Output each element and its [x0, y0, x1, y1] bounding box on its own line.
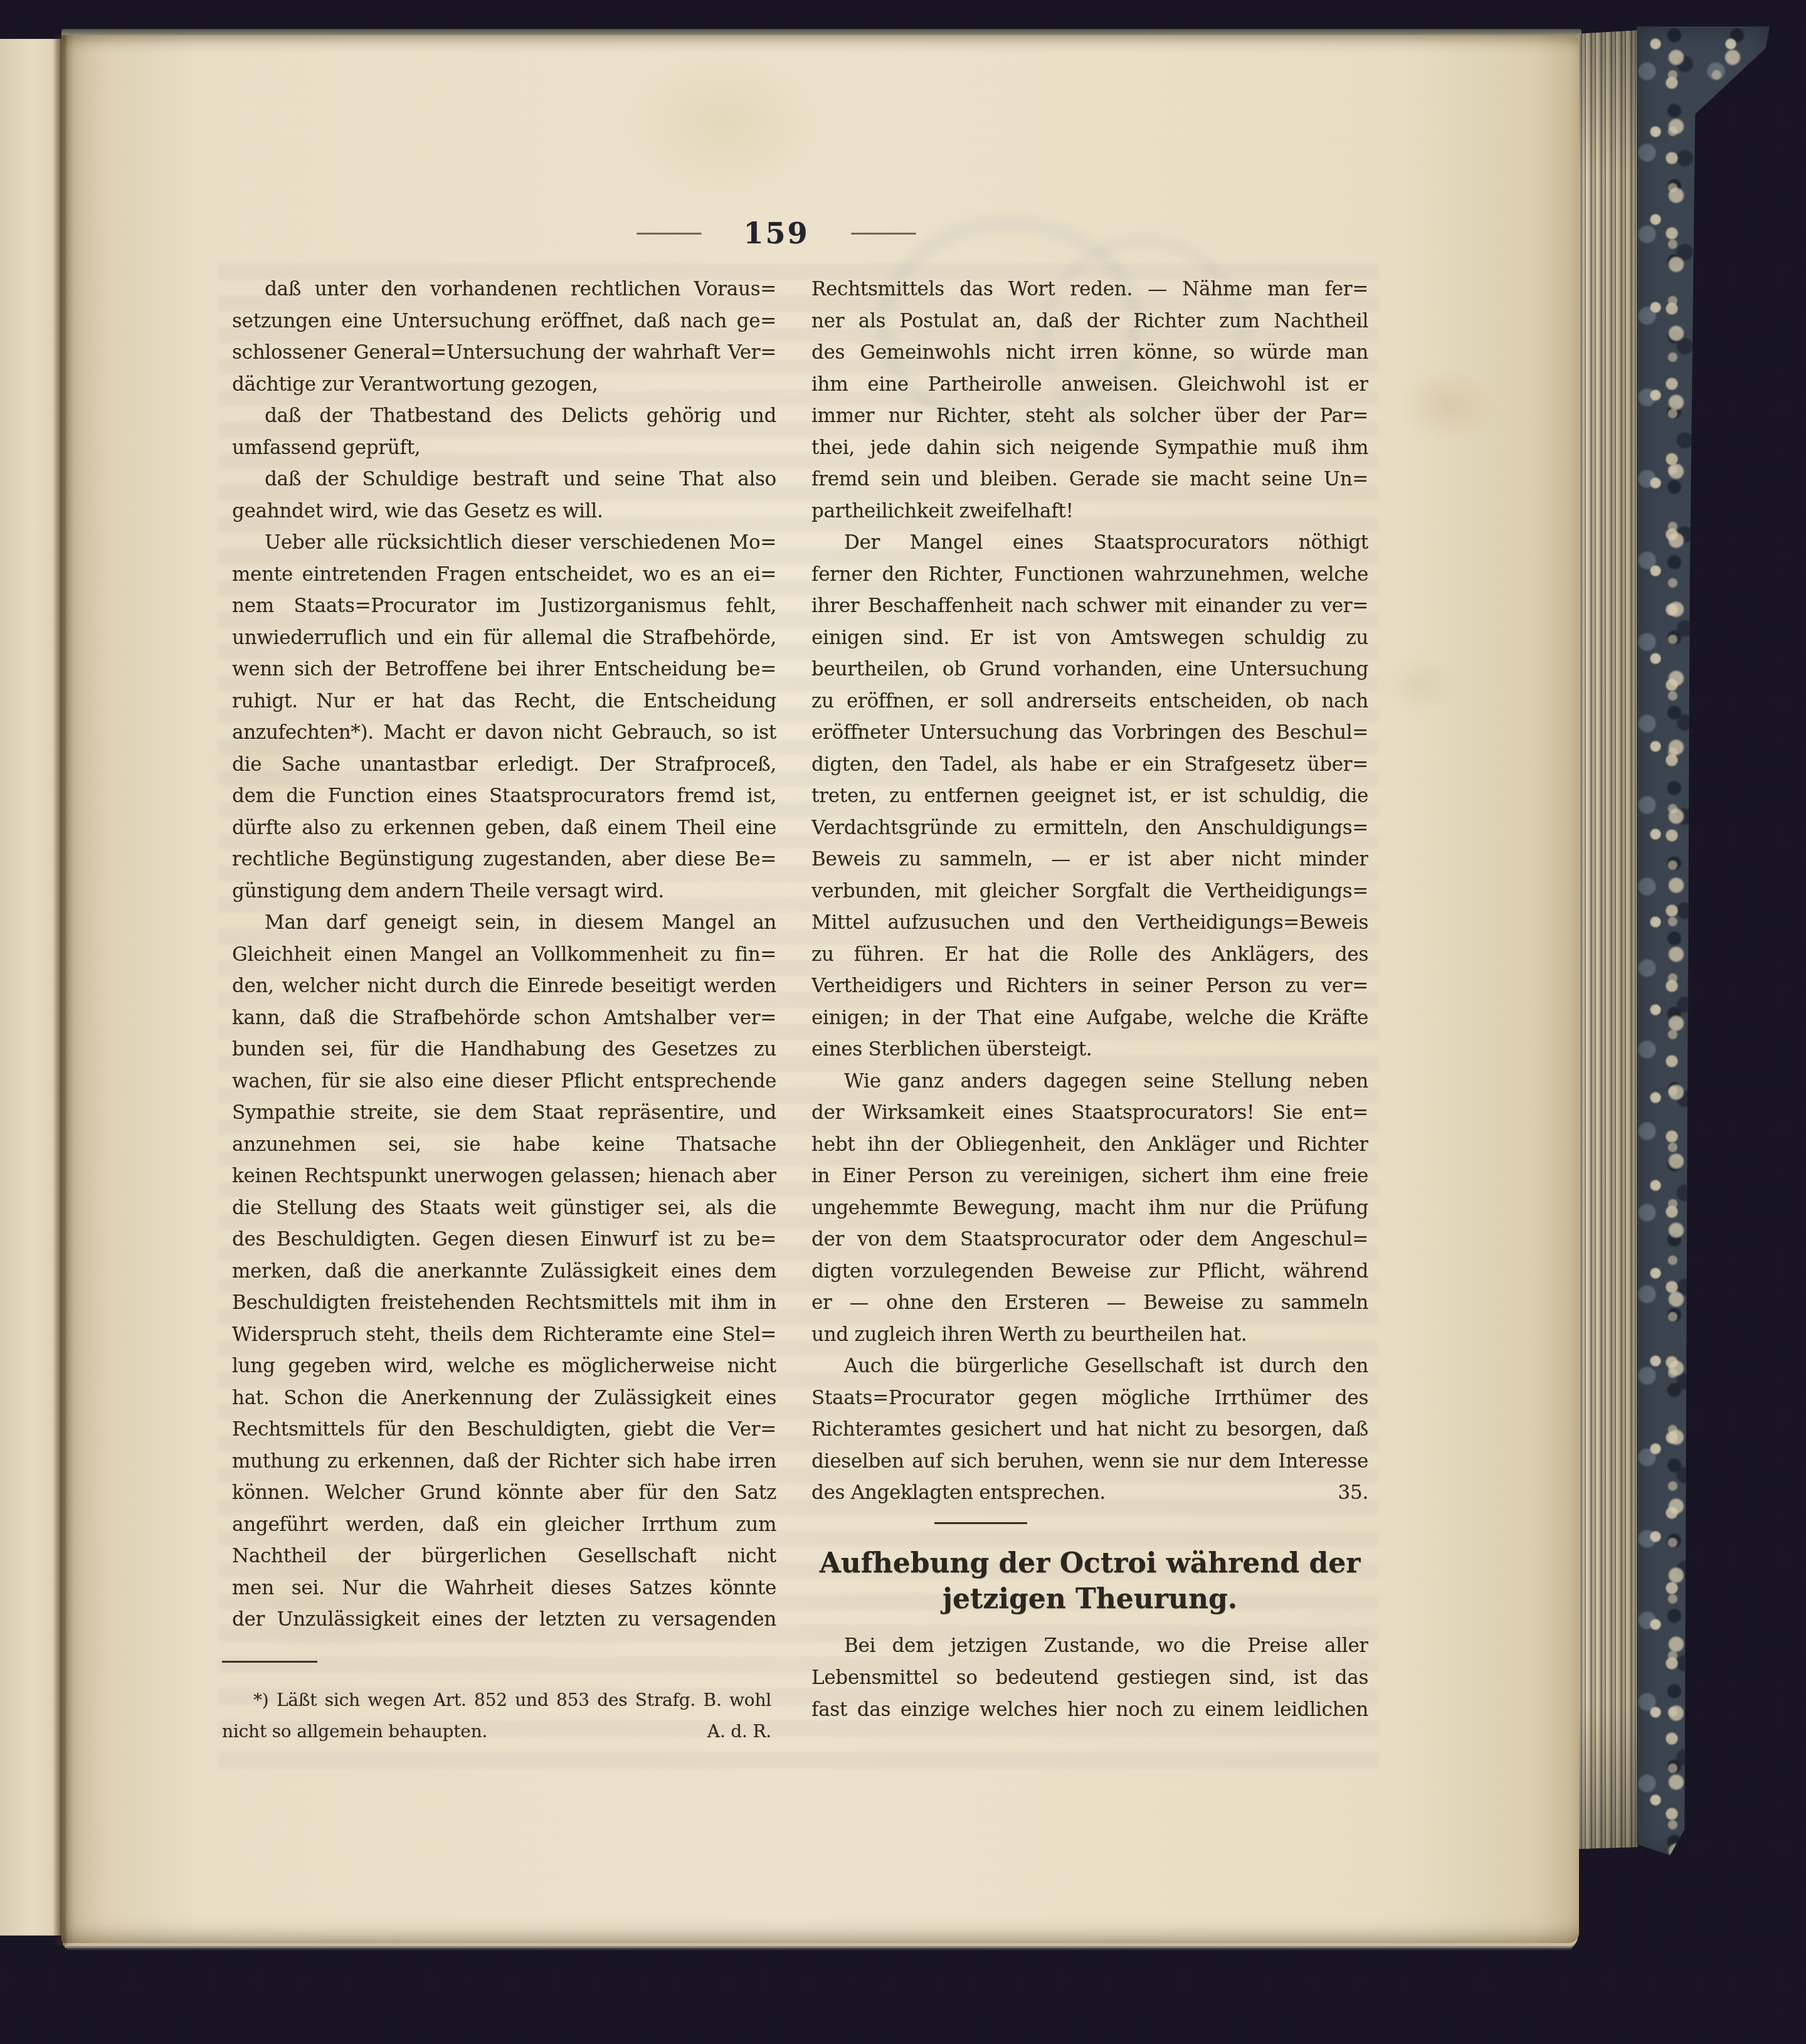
text-line: Bei dem jetzigen Zustande, wo die Preise…	[811, 1630, 1368, 1662]
article-title: Aufhebung der Octroi während der jetzige…	[811, 1545, 1368, 1617]
left-column: daß unter den vorhandenen rechtlichen Vo…	[232, 273, 776, 1636]
text-line: angeführt werden, daß ein gleicher Irrth…	[232, 1509, 776, 1541]
text-line: Der Mangel eines Staatsprocurators nöthi…	[811, 527, 1368, 559]
text-line: können. Welcher Grund könnte aber für de…	[232, 1477, 776, 1509]
text-line: Lebensmittel so bedeutend gestiegen sind…	[811, 1662, 1368, 1694]
text-line: die Stellung des Staats weit günstiger s…	[232, 1192, 776, 1224]
text-line: dürfte also zu erkennen geben, daß einem…	[232, 812, 776, 844]
text-line: umfassend geprüft,	[232, 432, 776, 464]
line-text: des Angeklagten entsprechen.	[811, 1477, 1106, 1509]
text-line: günstigung dem andern Theile versagt wir…	[232, 876, 776, 908]
scanned-book-page: 159 daß unter den vorhandenen rechtliche…	[0, 0, 1806, 2044]
page-header: 159	[582, 214, 971, 252]
text-line: fremd sein und bleiben. Gerade sie macht…	[811, 463, 1368, 495]
text-line: wachen, für sie also eine dieser Pflicht…	[232, 1066, 776, 1098]
text-line: ungehemmte Bewegung, macht ihm nur die P…	[811, 1192, 1368, 1224]
text-line: treten, zu entfernen geeignet ist, er is…	[811, 780, 1368, 812]
page-content: 159 daß unter den vorhandenen rechtliche…	[61, 35, 1579, 1943]
text-line: Beweis zu sammeln, — er ist aber nicht m…	[811, 844, 1368, 876]
text-line: ferner den Richter, Functionen wahrzuneh…	[811, 559, 1368, 591]
text-line: lung gegeben wird, welche es möglicherwe…	[232, 1350, 776, 1382]
text-line: Staats=Procurator gegen mögliche Irrthüm…	[811, 1382, 1368, 1414]
text-line: ner als Postulat an, daß der Richter zum…	[811, 305, 1368, 337]
text-line: und zugleich ihren Werth zu beurtheilen …	[811, 1319, 1368, 1351]
text-line: ihm eine Partheirolle anweisen. Gleichwo…	[811, 369, 1368, 401]
text-line: die Sache unantastbar erledigt. Der Stra…	[232, 749, 776, 781]
text-line: Widerspruch steht, theils dem Richteramt…	[232, 1319, 776, 1351]
footnote: *) Läßt sich wegen Art. 852 und 853 des …	[222, 1685, 771, 1747]
text-line: eröffneter Untersuchung das Vorbringen d…	[811, 717, 1368, 749]
text-line: daß der Thatbestand des Delicts gehörig …	[232, 400, 776, 432]
text-line: Man darf geneigt sein, in diesem Mangel …	[232, 907, 776, 939]
text-line: fast das einzige welches hier noch zu ei…	[811, 1694, 1368, 1726]
text-line: digten, den Tadel, als habe er ein Straf…	[811, 749, 1368, 781]
text-line: der von dem Staatsprocurator oder dem An…	[811, 1224, 1368, 1256]
text-line: Nachtheil der bürgerlichen Gesellschaft …	[232, 1540, 776, 1572]
text-line: Mittel aufzusuchen und den Vertheidigung…	[811, 907, 1368, 939]
text-line: des Angeklagten entsprechen.35.	[811, 1477, 1368, 1509]
text-line: Beschuldigten freistehenden Rechtsmittel…	[232, 1287, 776, 1319]
text-line: Rechtsmittels das Wort reden. — Nähme ma…	[811, 273, 1368, 305]
text-line: setzungen eine Untersuchung eröffnet, da…	[232, 305, 776, 337]
line-right-label: 35.	[1338, 1477, 1368, 1509]
text-line: Verdachtsgründe zu ermitteln, den Anschu…	[811, 812, 1368, 844]
text-line: nem Staats=Procurator im Justizorganismu…	[232, 590, 776, 622]
text-line: bunden sei, für die Handhabung des Geset…	[232, 1034, 776, 1066]
book-cover-marbled-edge	[1637, 26, 1770, 1855]
text-line: beurtheilen, ob Grund vorhanden, eine Un…	[811, 654, 1368, 686]
article-title-line1: Aufhebung der Octroi während der	[811, 1545, 1368, 1581]
page-number: 159	[743, 216, 809, 250]
text-line: kann, daß die Strafbehörde schon Amtshal…	[232, 1002, 776, 1034]
book-fore-edge	[1578, 30, 1640, 1849]
text-line: nicht so allgemein behaupten.A. d. R.	[222, 1716, 771, 1747]
text-line: daß unter den vorhandenen rechtlichen Vo…	[232, 273, 776, 305]
text-line: men sei. Nur die Wahrheit dieses Satzes …	[232, 1572, 776, 1604]
text-line: schlossener General=Untersuchung der wah…	[232, 337, 776, 369]
text-line: anzufechten*). Macht er davon nicht Gebr…	[232, 717, 776, 749]
header-dash-left	[636, 233, 702, 235]
text-line: in Einer Person zu vereinigen, sichert i…	[811, 1160, 1368, 1192]
text-line: hebt ihn der Obliegenheit, den Ankläger …	[811, 1129, 1368, 1161]
text-line: einigen sind. Er ist von Amtswegen schul…	[811, 622, 1368, 654]
text-line: Ueber alle rücksichtlich dieser verschie…	[232, 527, 776, 559]
text-line: partheilichkeit zweifelhaft!	[811, 495, 1368, 527]
text-line: rechtliche Begünstigung zugestanden, abe…	[232, 844, 776, 876]
text-line: Wie ganz anders dagegen seine Stellung n…	[811, 1066, 1368, 1098]
text-line: digten vorzulegenden Beweise zur Pflicht…	[811, 1256, 1368, 1288]
text-line: den, welcher nicht durch die Einrede bes…	[232, 970, 776, 1002]
book-page: 159 daß unter den vorhandenen rechtliche…	[61, 35, 1579, 1943]
text-line: Richteramtes gesichert und hat nicht zu …	[811, 1414, 1368, 1446]
text-line: *) Läßt sich wegen Art. 852 und 853 des …	[222, 1685, 771, 1716]
text-line: ruhigt. Nur er hat das Recht, die Entsch…	[232, 686, 776, 718]
article-title-line2: jetzigen Theurung.	[811, 1581, 1368, 1617]
text-line: verbunden, mit gleicher Sorgfalt die Ver…	[811, 876, 1368, 908]
text-line: geahndet wird, wie das Gesetz es will.	[232, 495, 776, 527]
line-right-label: A. d. R.	[707, 1716, 771, 1747]
text-line: eines Sterblichen übersteigt.	[811, 1034, 1368, 1066]
text-line: dächtige zur Verantwortung gezogen,	[232, 369, 776, 401]
text-line: muthung zu erkennen, daß der Richter sic…	[232, 1446, 776, 1478]
text-line: des Beschuldigten. Gegen diesen Einwurf …	[232, 1224, 776, 1256]
text-line: ihrer Beschaffenheit nach schwer mit ein…	[811, 590, 1368, 622]
section-separator-rule	[934, 1522, 1027, 1524]
text-line: dieselben auf sich beruhen, wenn sie nur…	[811, 1446, 1368, 1478]
text-line: er — ohne den Ersteren — Beweise zu samm…	[811, 1287, 1368, 1319]
text-line: mente eintretenden Fragen entscheidet, w…	[232, 559, 776, 591]
text-line: der Unzulässigkeit eines der letzten zu …	[232, 1604, 776, 1636]
article-body: Bei dem jetzigen Zustande, wo die Preise…	[811, 1630, 1368, 1726]
text-line: der Wirksamkeit eines Staatsprocurators!…	[811, 1097, 1368, 1129]
text-line: einigen; in der That eine Aufgabe, welch…	[811, 1002, 1368, 1034]
text-line: Rechtsmittels für den Beschuldigten, gie…	[232, 1414, 776, 1446]
header-dash-right	[851, 233, 916, 235]
text-line: Vertheidigers und Richters in seiner Per…	[811, 970, 1368, 1002]
right-column: Rechtsmittels das Wort reden. — Nähme ma…	[811, 273, 1368, 1509]
text-line: daß der Schuldige bestraft und seine Tha…	[232, 463, 776, 495]
text-line: Sympathie streite, sie dem Staat repräse…	[232, 1097, 776, 1129]
text-line: thei, jede dahin sich neigende Sympathie…	[811, 432, 1368, 464]
footnote-rule	[222, 1661, 317, 1663]
text-line: zu führen. Er hat die Rolle des Ankläger…	[811, 939, 1368, 971]
opposite-page-edge	[0, 39, 61, 1935]
text-line: hat. Schon die Anerkennung der Zulässigk…	[232, 1382, 776, 1414]
text-line: immer nur Richter, steht als solcher übe…	[811, 400, 1368, 432]
text-line: Auch die bürgerliche Gesellschaft ist du…	[811, 1350, 1368, 1382]
text-line: keinen Rechtspunkt unerwogen gelassen; h…	[232, 1160, 776, 1192]
text-line: dem die Function eines Staatsprocurators…	[232, 780, 776, 812]
text-line: anzunehmen sei, sie habe keine Thatsache…	[232, 1129, 776, 1161]
text-line: Gleichheit einen Mangel an Vollkommenhei…	[232, 939, 776, 971]
text-line: merken, daß die anerkannte Zulässigkeit …	[232, 1256, 776, 1288]
text-line: zu eröffnen, er soll andrerseits entsche…	[811, 686, 1368, 718]
text-line: unwiederruflich und ein für allemal die …	[232, 622, 776, 654]
text-line: des Gemeinwohls nicht irren könne, so wü…	[811, 337, 1368, 369]
line-text: nicht so allgemein behaupten.	[222, 1716, 487, 1747]
text-line: wenn sich der Betroffene bei ihrer Entsc…	[232, 654, 776, 686]
